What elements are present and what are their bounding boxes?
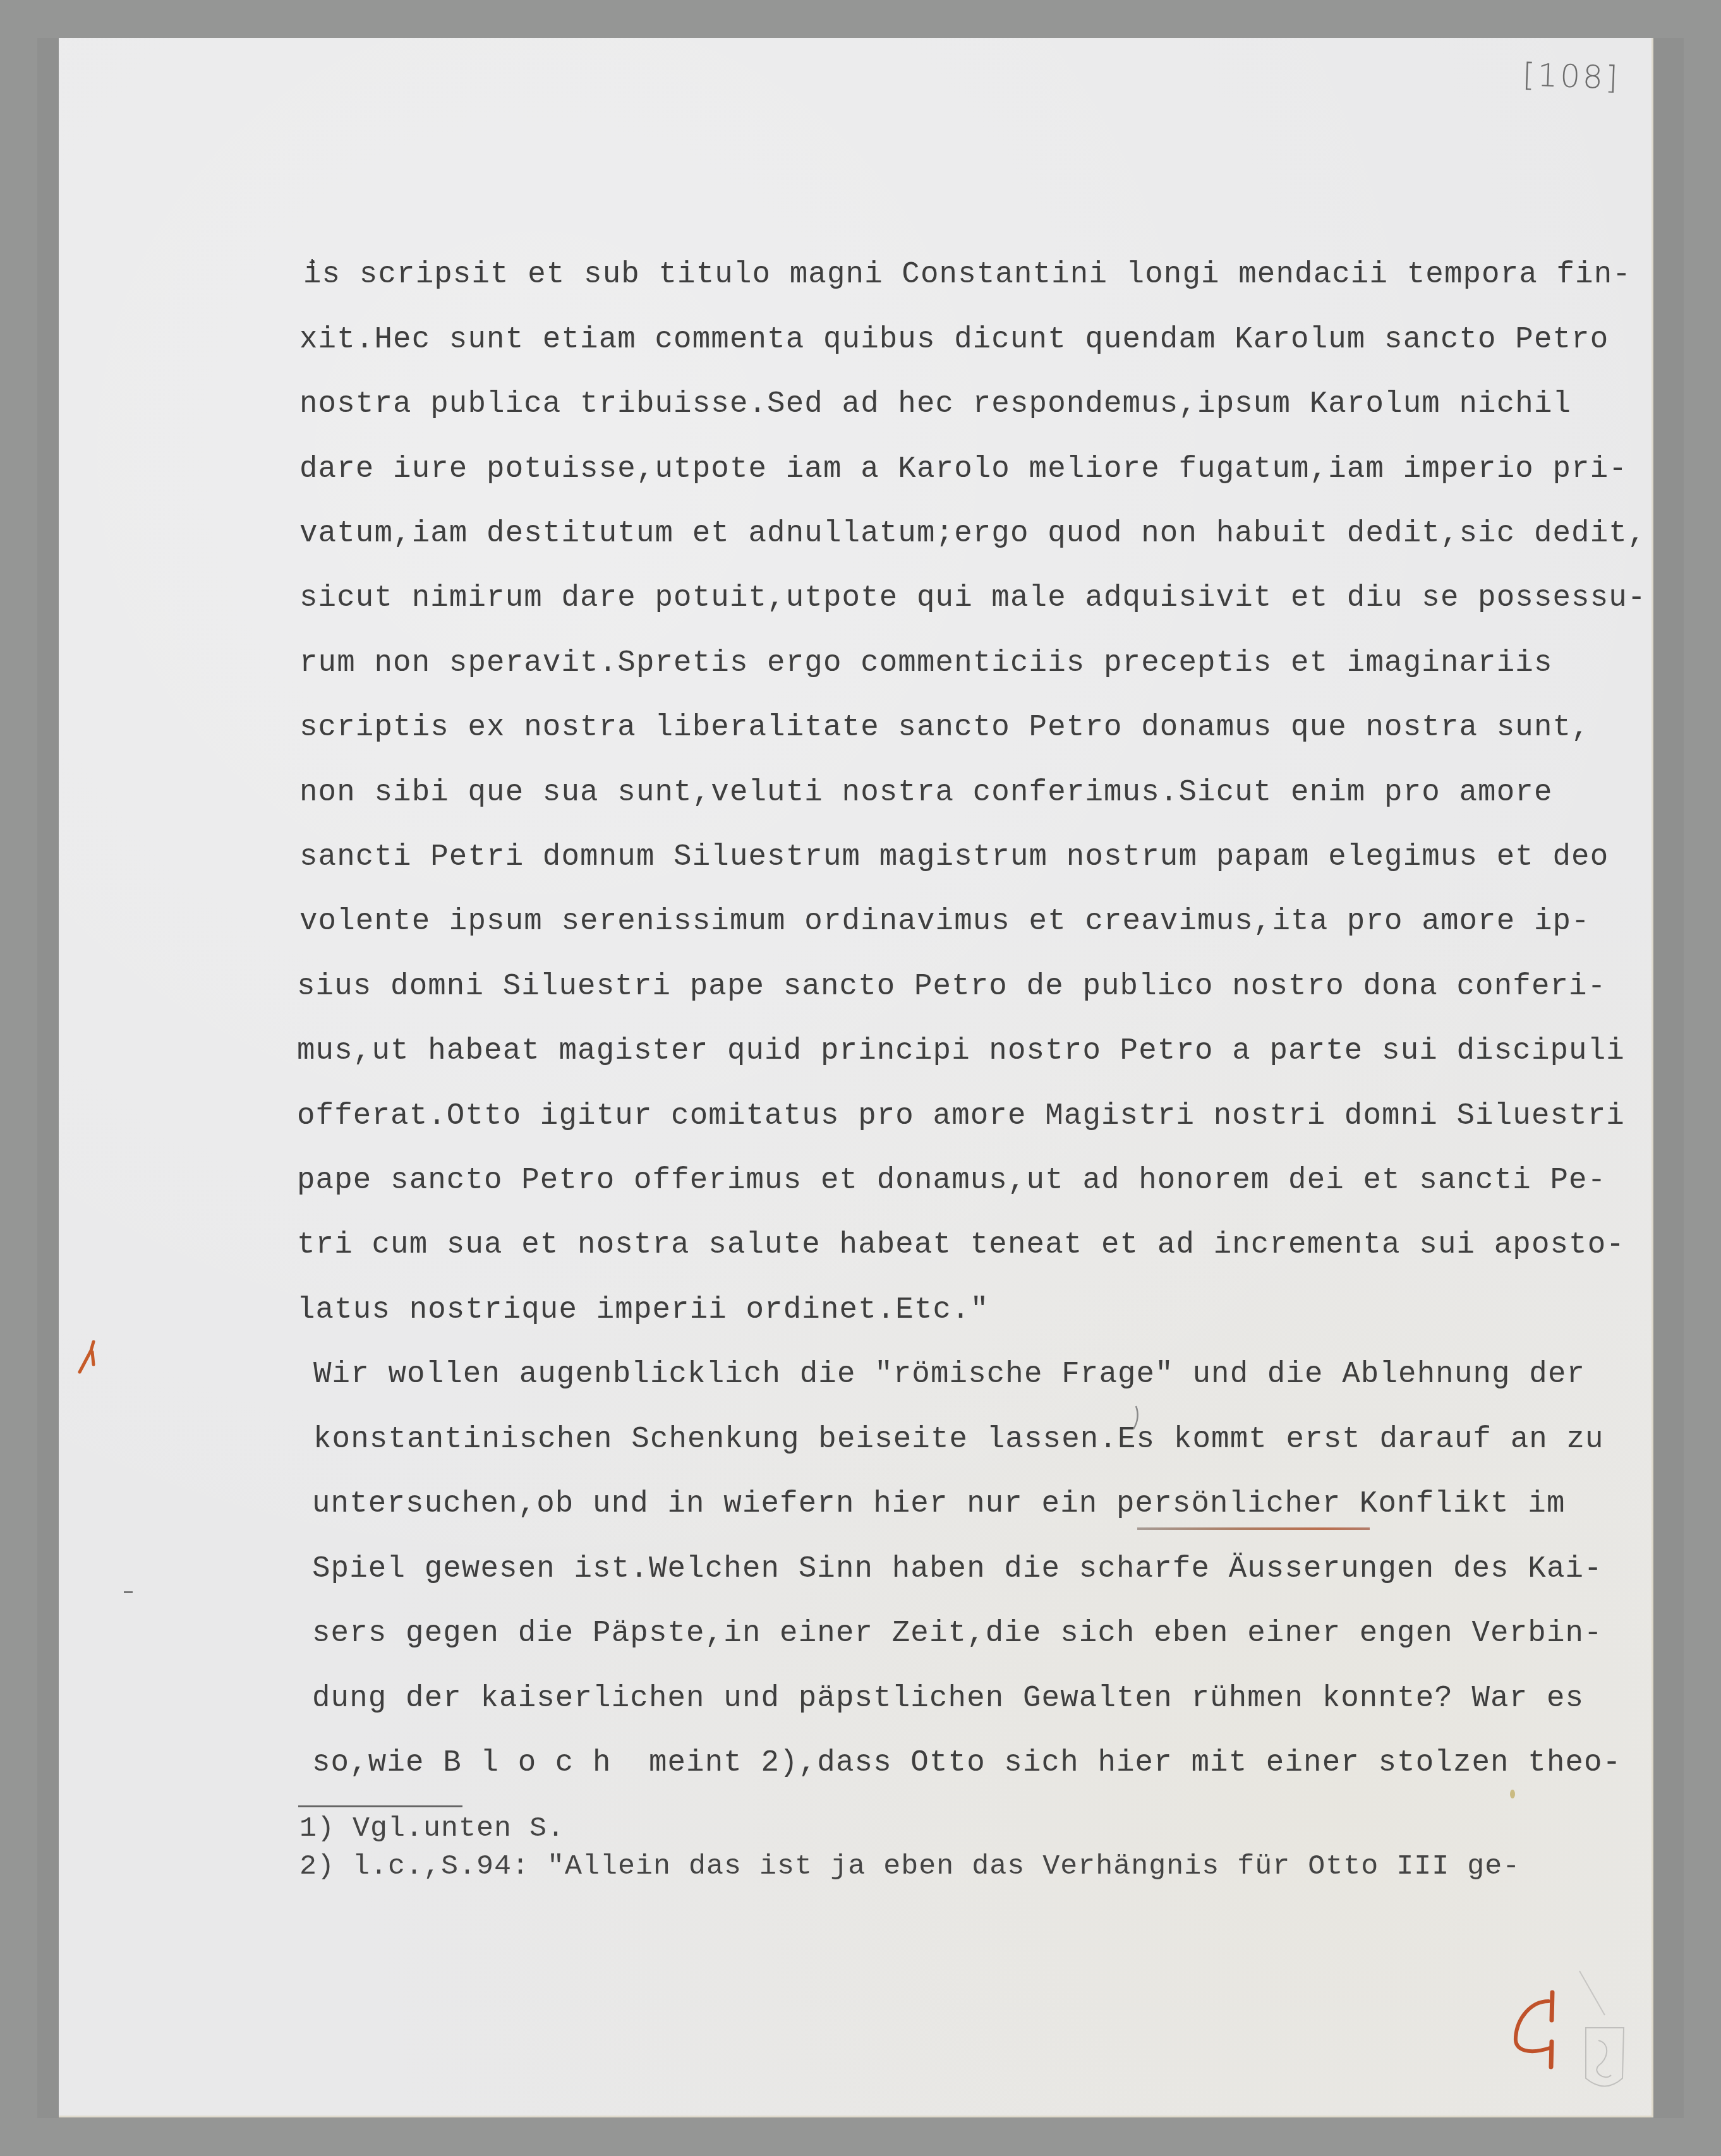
body-line: scriptis ex nostra liberalitate sancto P…: [299, 713, 1590, 744]
body-line: tri cum sua et nostra salute habeat tene…: [297, 1231, 1625, 1261]
body-line: dung der kaiserlichen und päpstlichen Ge…: [312, 1684, 1584, 1714]
footnote-1: 1) Vgl.unten S.: [299, 1814, 565, 1843]
body-line: so,wie B l o c h meint 2),dass Otto sich…: [312, 1749, 1621, 1779]
body-line: pape sancto Petro offerimus et donamus,u…: [297, 1166, 1606, 1196]
red-underline-annotation: [1137, 1527, 1370, 1530]
body-line: konstantinischen Schenkung beiseite lass…: [313, 1425, 1604, 1455]
body-line: is scripsit et sub titulo magni Constant…: [303, 260, 1631, 291]
red-margin-mark-icon: [77, 1339, 99, 1375]
body-line: volente ipsum serenissimum ordinavimus e…: [299, 907, 1590, 937]
body-line: vatum,iam destitutum et adnullatum;ergo …: [299, 519, 1646, 550]
body-line: sicut nimirum dare potuit,utpote qui mal…: [299, 584, 1646, 614]
pencil-insert-mark-icon: [1131, 1405, 1140, 1430]
footnote-rule: [298, 1805, 462, 1807]
red-crayon-letter-icon: [1512, 1990, 1562, 2072]
body-line: offerat.Otto igitur comitatus pro amore …: [297, 1102, 1625, 1132]
body-line: dare iure potuisse,utpote iam a Karolo m…: [299, 455, 1627, 485]
body-line: Wir wollen augenblicklich die "römische …: [313, 1360, 1585, 1390]
body-line: sius domni Siluestri pape sancto Petro d…: [297, 972, 1606, 1003]
footnote-2: 2) l.c.,S.94: "Allein das ist ja eben da…: [299, 1852, 1520, 1881]
stray-pencil-dash: [124, 1591, 133, 1593]
body-line: sancti Petri domnum Siluestrum magistrum…: [299, 843, 1609, 873]
body-line: sers gegen die Päpste,in einer Zeit,die …: [312, 1619, 1603, 1649]
paper-stain: [1510, 1790, 1515, 1798]
body-line: latus nostrique imperii ordinet.Etc.": [297, 1296, 989, 1326]
folio-number: [108]: [1522, 56, 1621, 96]
body-line: non sibi que sua sunt,veluti nostra conf…: [299, 778, 1553, 809]
body-line: rum non speravit.Spretis ergo commentici…: [299, 649, 1553, 679]
body-line: mus,ut habeat magister quid principi nos…: [297, 1037, 1625, 1067]
typed-correction-mark-icon: [309, 259, 315, 270]
body-line: untersuchen,ob und in wiefern hier nur e…: [312, 1490, 1566, 1520]
body-line: Spiel gewesen ist.Welchen Sinn haben die…: [312, 1555, 1603, 1585]
body-line: nostra publica tribuisse.Sed ad hec resp…: [299, 390, 1571, 420]
body-line: xit.Hec sunt etiam commenta quibus dicun…: [299, 325, 1609, 356]
archive-stamp-icon: [1567, 1965, 1630, 2097]
